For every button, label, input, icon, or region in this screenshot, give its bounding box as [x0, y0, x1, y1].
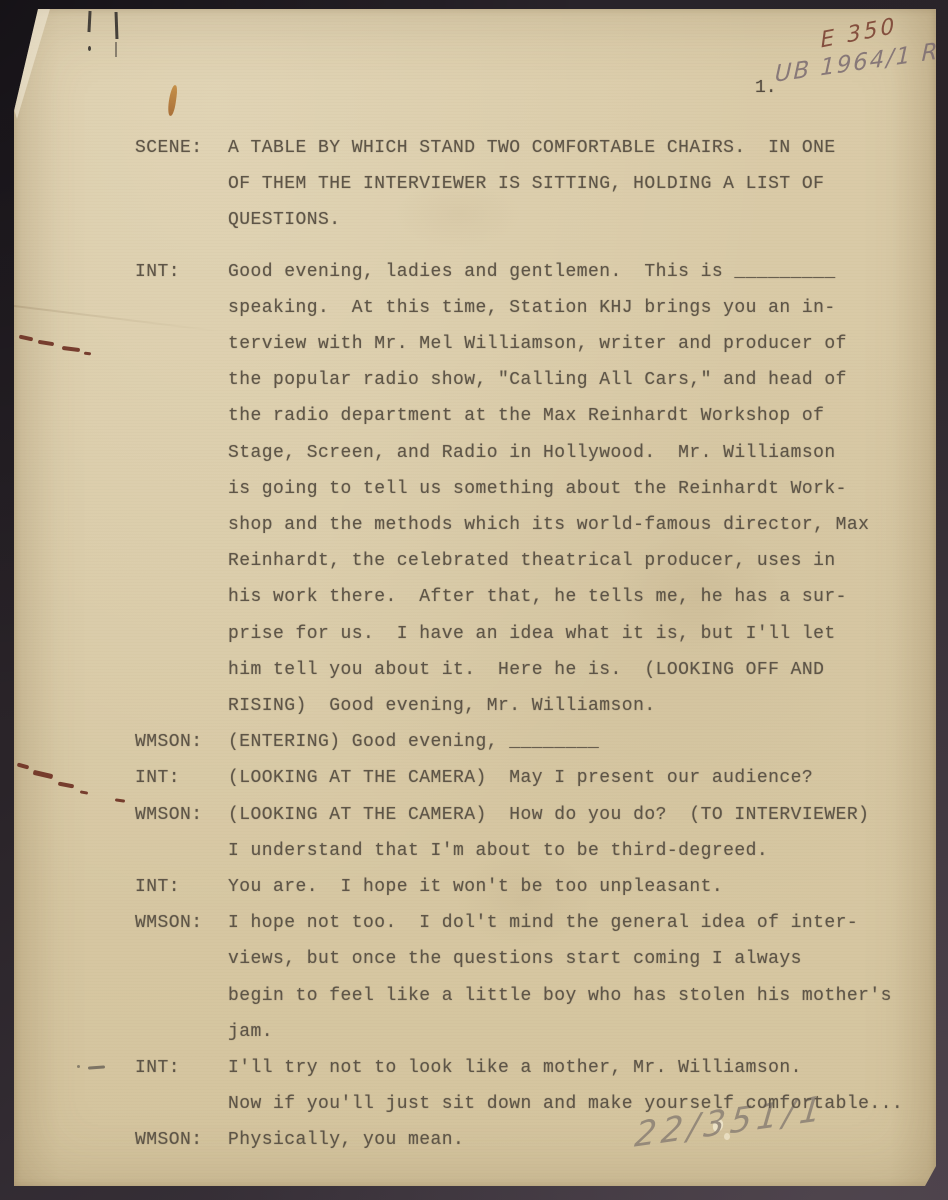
script-line: speaking. At this time, Station KHJ brin…: [135, 290, 903, 326]
line-text: the popular radio show, "Calling All Car…: [228, 370, 847, 390]
line-text: Physically, you mean.: [228, 1130, 464, 1150]
ink-smear: [84, 352, 91, 356]
line-text: OF THEM THE INTERVIEWER IS SITTING, HOLD…: [228, 174, 824, 194]
ink-smear: [58, 782, 74, 789]
line-text: Now if you'll just sit down and make you…: [228, 1094, 903, 1114]
ink-mark: [115, 42, 117, 57]
scan-background: { "paper": { "color": "#d8c9a5", "ink_co…: [0, 0, 948, 1200]
script-line: him tell you about it. Here he is. (LOOK…: [135, 652, 903, 688]
script-body: SCENE:A TABLE BY WHICH STAND TWO COMFORT…: [135, 130, 903, 1159]
ink-smear: [38, 340, 54, 346]
script-line: the popular radio show, "Calling All Car…: [135, 362, 903, 398]
line-text: QUESTIONS.: [228, 210, 341, 230]
script-line: his work there. After that, he tells me,…: [135, 579, 903, 615]
line-text: the radio department at the Max Reinhard…: [228, 406, 824, 426]
pencil-mark: [88, 1065, 105, 1069]
script-line: WMSON:Physically, you mean.: [135, 1122, 903, 1158]
script-line: INT:(LOOKING AT THE CAMERA) May I presen…: [135, 760, 903, 796]
script-line: INT:Good evening, ladies and gentlemen. …: [135, 254, 903, 290]
script-line: OF THEM THE INTERVIEWER IS SITTING, HOLD…: [135, 166, 903, 202]
pencil-mark: [77, 1065, 80, 1068]
line-text: (LOOKING AT THE CAMERA) How do you do? (…: [228, 805, 869, 825]
speaker-label: INT:: [135, 869, 228, 905]
script-line: is going to tell us something about the …: [135, 471, 903, 507]
script-line: INT:I'll try not to look like a mother, …: [135, 1050, 903, 1086]
line-text: (ENTERING) Good evening, ________: [228, 732, 599, 752]
line-text: terview with Mr. Mel Williamson, writer …: [228, 334, 847, 354]
script-line: views, but once the questions start comi…: [135, 941, 903, 977]
line-text: Good evening, ladies and gentlemen. This…: [228, 262, 836, 282]
speaker-label: SCENE:: [135, 130, 228, 166]
script-line: Reinhardt, the celebrated theatrical pro…: [135, 543, 903, 579]
line-text: I'll try not to look like a mother, Mr. …: [228, 1058, 802, 1078]
speaker-label: WMSON:: [135, 905, 228, 941]
line-text: his work there. After that, he tells me,…: [228, 587, 847, 607]
speaker-label: INT:: [135, 1050, 228, 1086]
script-line: SCENE:A TABLE BY WHICH STAND TWO COMFORT…: [135, 130, 903, 166]
line-text: I understand that I'm about to be third-…: [228, 841, 768, 861]
script-line: the radio department at the Max Reinhard…: [135, 398, 903, 434]
script-line: Now if you'll just sit down and make you…: [135, 1086, 903, 1122]
line-text: begin to feel like a little boy who has …: [228, 986, 892, 1006]
line-text: him tell you about it. Here he is. (LOOK…: [228, 660, 824, 680]
script-line: RISING) Good evening, Mr. Williamson.: [135, 688, 903, 724]
script-line: jam.: [135, 1014, 903, 1050]
line-text: You are. I hope it won't be too unpleasa…: [228, 877, 723, 897]
line-text: speaking. At this time, Station KHJ brin…: [228, 298, 836, 318]
line-text: prise for us. I have an idea what it is,…: [228, 624, 836, 644]
speaker-label: WMSON:: [135, 797, 228, 833]
script-line: WMSON:(LOOKING AT THE CAMERA) How do you…: [135, 797, 903, 833]
line-text: is going to tell us something about the …: [228, 479, 847, 499]
script-line: terview with Mr. Mel Williamson, writer …: [135, 326, 903, 362]
ink-smear: [62, 346, 80, 352]
page-number: 1.: [755, 76, 777, 100]
line-text: Stage, Screen, and Radio in Hollywood. M…: [228, 443, 836, 463]
ink-smear: [17, 762, 30, 769]
ink-mark: [88, 46, 91, 51]
script-page-paper: E 350 UB 1964/1 Re 22/351/1 1. SCENE:A T…: [14, 9, 936, 1186]
line-text: Reinhardt, the celebrated theatrical pro…: [228, 551, 836, 571]
ink-smear: [33, 770, 54, 779]
script-line: INT:You are. I hope it won't be too unpl…: [135, 869, 903, 905]
line-text: (LOOKING AT THE CAMERA) May I present ou…: [228, 768, 813, 788]
script-line: begin to feel like a little boy who has …: [135, 978, 903, 1014]
line-text: shop and the methods which its world-fam…: [228, 515, 869, 535]
line-text: I hope not too. I dol't mind the general…: [228, 913, 858, 933]
ink-mark: [115, 12, 119, 39]
rust-stain: [167, 85, 178, 117]
line-text: views, but once the questions start comi…: [228, 949, 802, 969]
script-line: I understand that I'm about to be third-…: [135, 833, 903, 869]
speaker-label: INT:: [135, 760, 228, 796]
speaker-label: WMSON:: [135, 724, 228, 760]
ink-smear: [19, 335, 34, 342]
ink-smear: [80, 790, 88, 794]
line-text: A TABLE BY WHICH STAND TWO COMFORTABLE C…: [228, 138, 836, 158]
script-line: shop and the methods which its world-fam…: [135, 507, 903, 543]
line-text: jam.: [228, 1022, 273, 1042]
script-line: prise for us. I have an idea what it is,…: [135, 616, 903, 652]
speaker-label: INT:: [135, 254, 228, 290]
speaker-label: WMSON:: [135, 1122, 228, 1158]
ink-smear: [115, 798, 125, 802]
line-text: RISING) Good evening, Mr. Williamson.: [228, 696, 656, 716]
script-line: WMSON:I hope not too. I dol't mind the g…: [135, 905, 903, 941]
script-line: QUESTIONS.: [135, 202, 903, 238]
script-line: WMSON:(ENTERING) Good evening, ________: [135, 724, 903, 760]
ink-mark: [87, 11, 91, 32]
script-line: Stage, Screen, and Radio in Hollywood. M…: [135, 435, 903, 471]
